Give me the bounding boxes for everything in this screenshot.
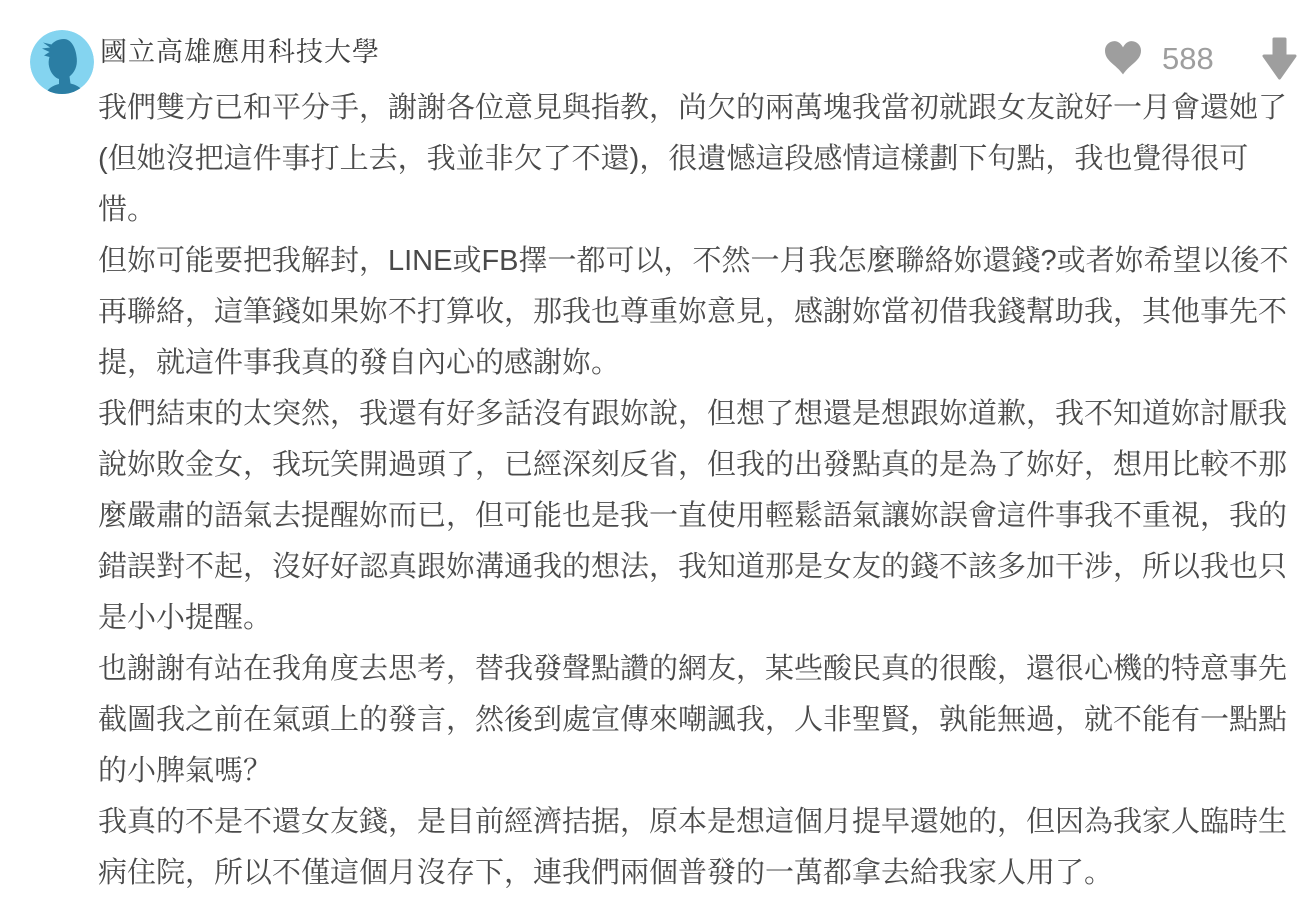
author-name[interactable]: 國立高雄應用科技大學 [100,37,380,68]
comment-body: 我們雙方已和平分手，謝謝各位意見與指教，尚欠的兩萬塊我當初就跟女友說好一月會還她… [98,83,1290,899]
comment-actions: 588 [1105,36,1297,80]
boy-avatar-icon [30,30,94,94]
comment-card: 國立高雄應用科技大學 588 我們雙方已和平分手，謝謝各位意見與指教，尚欠的兩萬… [0,0,1305,906]
like-button[interactable] [1105,41,1141,75]
comment-paragraph: 我真的不是不還女友錢，是目前經濟拮据，原本是想這個月提早還她的，但因為我家人臨時… [98,797,1290,899]
down-arrow-icon [1262,37,1297,80]
like-count: 588 [1162,43,1222,74]
heart-icon [1105,41,1141,75]
downvote-button[interactable] [1262,37,1297,80]
comment-paragraph: 但妳可能要把我解封，LINE或FB擇一都可以，不然一月我怎麼聯絡妳還錢?或者妳希… [98,236,1290,389]
comment-paragraph: 我們雙方已和平分手，謝謝各位意見與指教，尚欠的兩萬塊我當初就跟女友說好一月會還她… [98,83,1290,236]
avatar[interactable] [30,30,94,94]
comment-paragraph: 也謝謝有站在我角度去思考，替我發聲點讚的網友，某些酸民真的很酸，還很心機的特意事… [98,644,1290,797]
comment-paragraph: 我們結束的太突然，我還有好多話沒有跟妳說，但想了想還是想跟妳道歉，我不知道妳討厭… [98,389,1290,644]
